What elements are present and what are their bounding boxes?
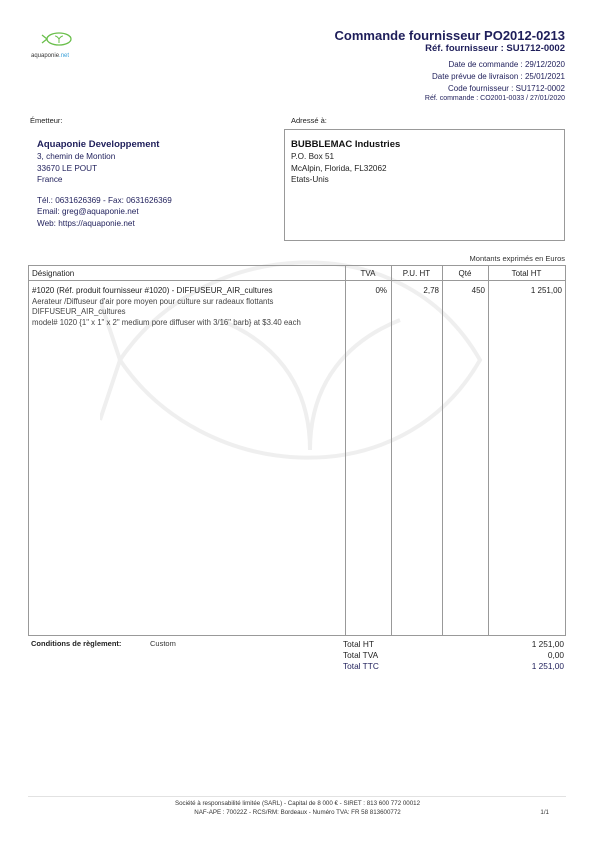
line-description-1: Aerateur /Diffuseur d'air pore moyen pou… xyxy=(32,297,301,308)
total-ht-label: Total HT xyxy=(343,639,374,649)
recipient-address-block: BUBBLEMAC Industries P.O. Box 51 McAlpin… xyxy=(291,139,400,186)
sender-country: France xyxy=(37,174,172,186)
supplier-reference: Réf. fournisseur : SU1712-0002 xyxy=(425,43,565,54)
sender-name: Aquaponie Developpement xyxy=(37,139,172,151)
line-qty: 450 xyxy=(442,286,485,295)
payment-terms-value: Custom xyxy=(150,639,176,648)
recipient-address-line1: P.O. Box 51 xyxy=(291,151,400,163)
line-title: #1020 (Réf. produit fournisseur #1020) -… xyxy=(32,286,301,297)
sender-address-block: Aquaponie Developpement 3, chemin de Mon… xyxy=(37,139,172,229)
total-ttc-label: Total TTC xyxy=(343,661,379,671)
page-number: 1/1 xyxy=(540,809,549,816)
line-unit-price: 2,78 xyxy=(391,286,439,295)
column-header-designation: Désignation xyxy=(32,269,74,278)
column-header-qty: Qté xyxy=(442,269,488,278)
order-lines-table: Désignation TVA P.U. HT Qté Total HT #10… xyxy=(28,265,566,636)
table-row-designation: #1020 (Réf. produit fournisseur #1020) -… xyxy=(32,286,301,329)
sender-web: Web: https://aquaponie.net xyxy=(37,218,172,230)
column-header-unit-price: P.U. HT xyxy=(391,269,442,278)
fish-logo-icon xyxy=(28,30,88,48)
column-divider xyxy=(488,266,489,635)
sender-phone-fax: Tél.: 0631626369 - Fax: 0631626369 xyxy=(37,195,172,207)
order-date: Date de commande : 29/12/2020 xyxy=(448,60,565,69)
logo-text-suffix: .net xyxy=(59,53,69,59)
sender-label: Émetteur: xyxy=(30,116,63,125)
footer-divider xyxy=(28,796,566,797)
total-tva-value: 0,00 xyxy=(548,650,564,660)
sender-email: Email: greg@aquaponie.net xyxy=(37,206,172,218)
recipient-name: BUBBLEMAC Industries xyxy=(291,139,400,151)
header-divider xyxy=(29,280,565,281)
column-divider xyxy=(391,266,392,635)
currency-note: Montants exprimés en Euros xyxy=(470,254,565,263)
payment-terms-label: Conditions de règlement: xyxy=(31,639,121,648)
recipient-address-line2: McAlpin, Florida, FL32062 xyxy=(291,163,400,175)
sender-address-line2: 33670 LE POUT xyxy=(37,163,172,175)
recipient-country: Etats-Unis xyxy=(291,174,400,186)
footer-legal-line1: Société à responsabilité limitée (SARL) … xyxy=(0,800,595,807)
line-description-2: DIFFUSEUR_AIR_cultures xyxy=(32,307,301,318)
document-title: Commande fournisseur PO2012-0213 xyxy=(335,28,565,43)
column-divider xyxy=(345,266,346,635)
sender-address-line1: 3, chemin de Montion xyxy=(37,151,172,163)
total-ht-value: 1 251,00 xyxy=(532,639,564,649)
recipient-label: Adressé à: xyxy=(291,116,327,125)
total-tva-label: Total TVA xyxy=(343,650,378,660)
order-reference: Réf. commande : CO2001-0033 / 27/01/2020 xyxy=(425,95,565,102)
footer-legal-line2: NAF-APE : 70022Z - RCS/RM: Bordeaux - Nu… xyxy=(0,809,595,816)
supplier-code: Code fournisseur : SU1712-0002 xyxy=(448,84,565,93)
line-vat: 0% xyxy=(345,286,387,295)
column-header-vat: TVA xyxy=(345,269,391,278)
column-divider xyxy=(442,266,443,635)
logo-text: aquaponie xyxy=(31,53,59,59)
line-description-3: model# 1020 {1" x 1" x 2" medium pore di… xyxy=(32,318,301,329)
company-logo: aquaponie.net xyxy=(28,30,88,56)
line-total: 1 251,00 xyxy=(488,286,562,295)
total-ttc-value: 1 251,00 xyxy=(532,661,564,671)
delivery-date: Date prévue de livraison : 25/01/2021 xyxy=(432,72,565,81)
column-header-total: Total HT xyxy=(488,269,565,278)
